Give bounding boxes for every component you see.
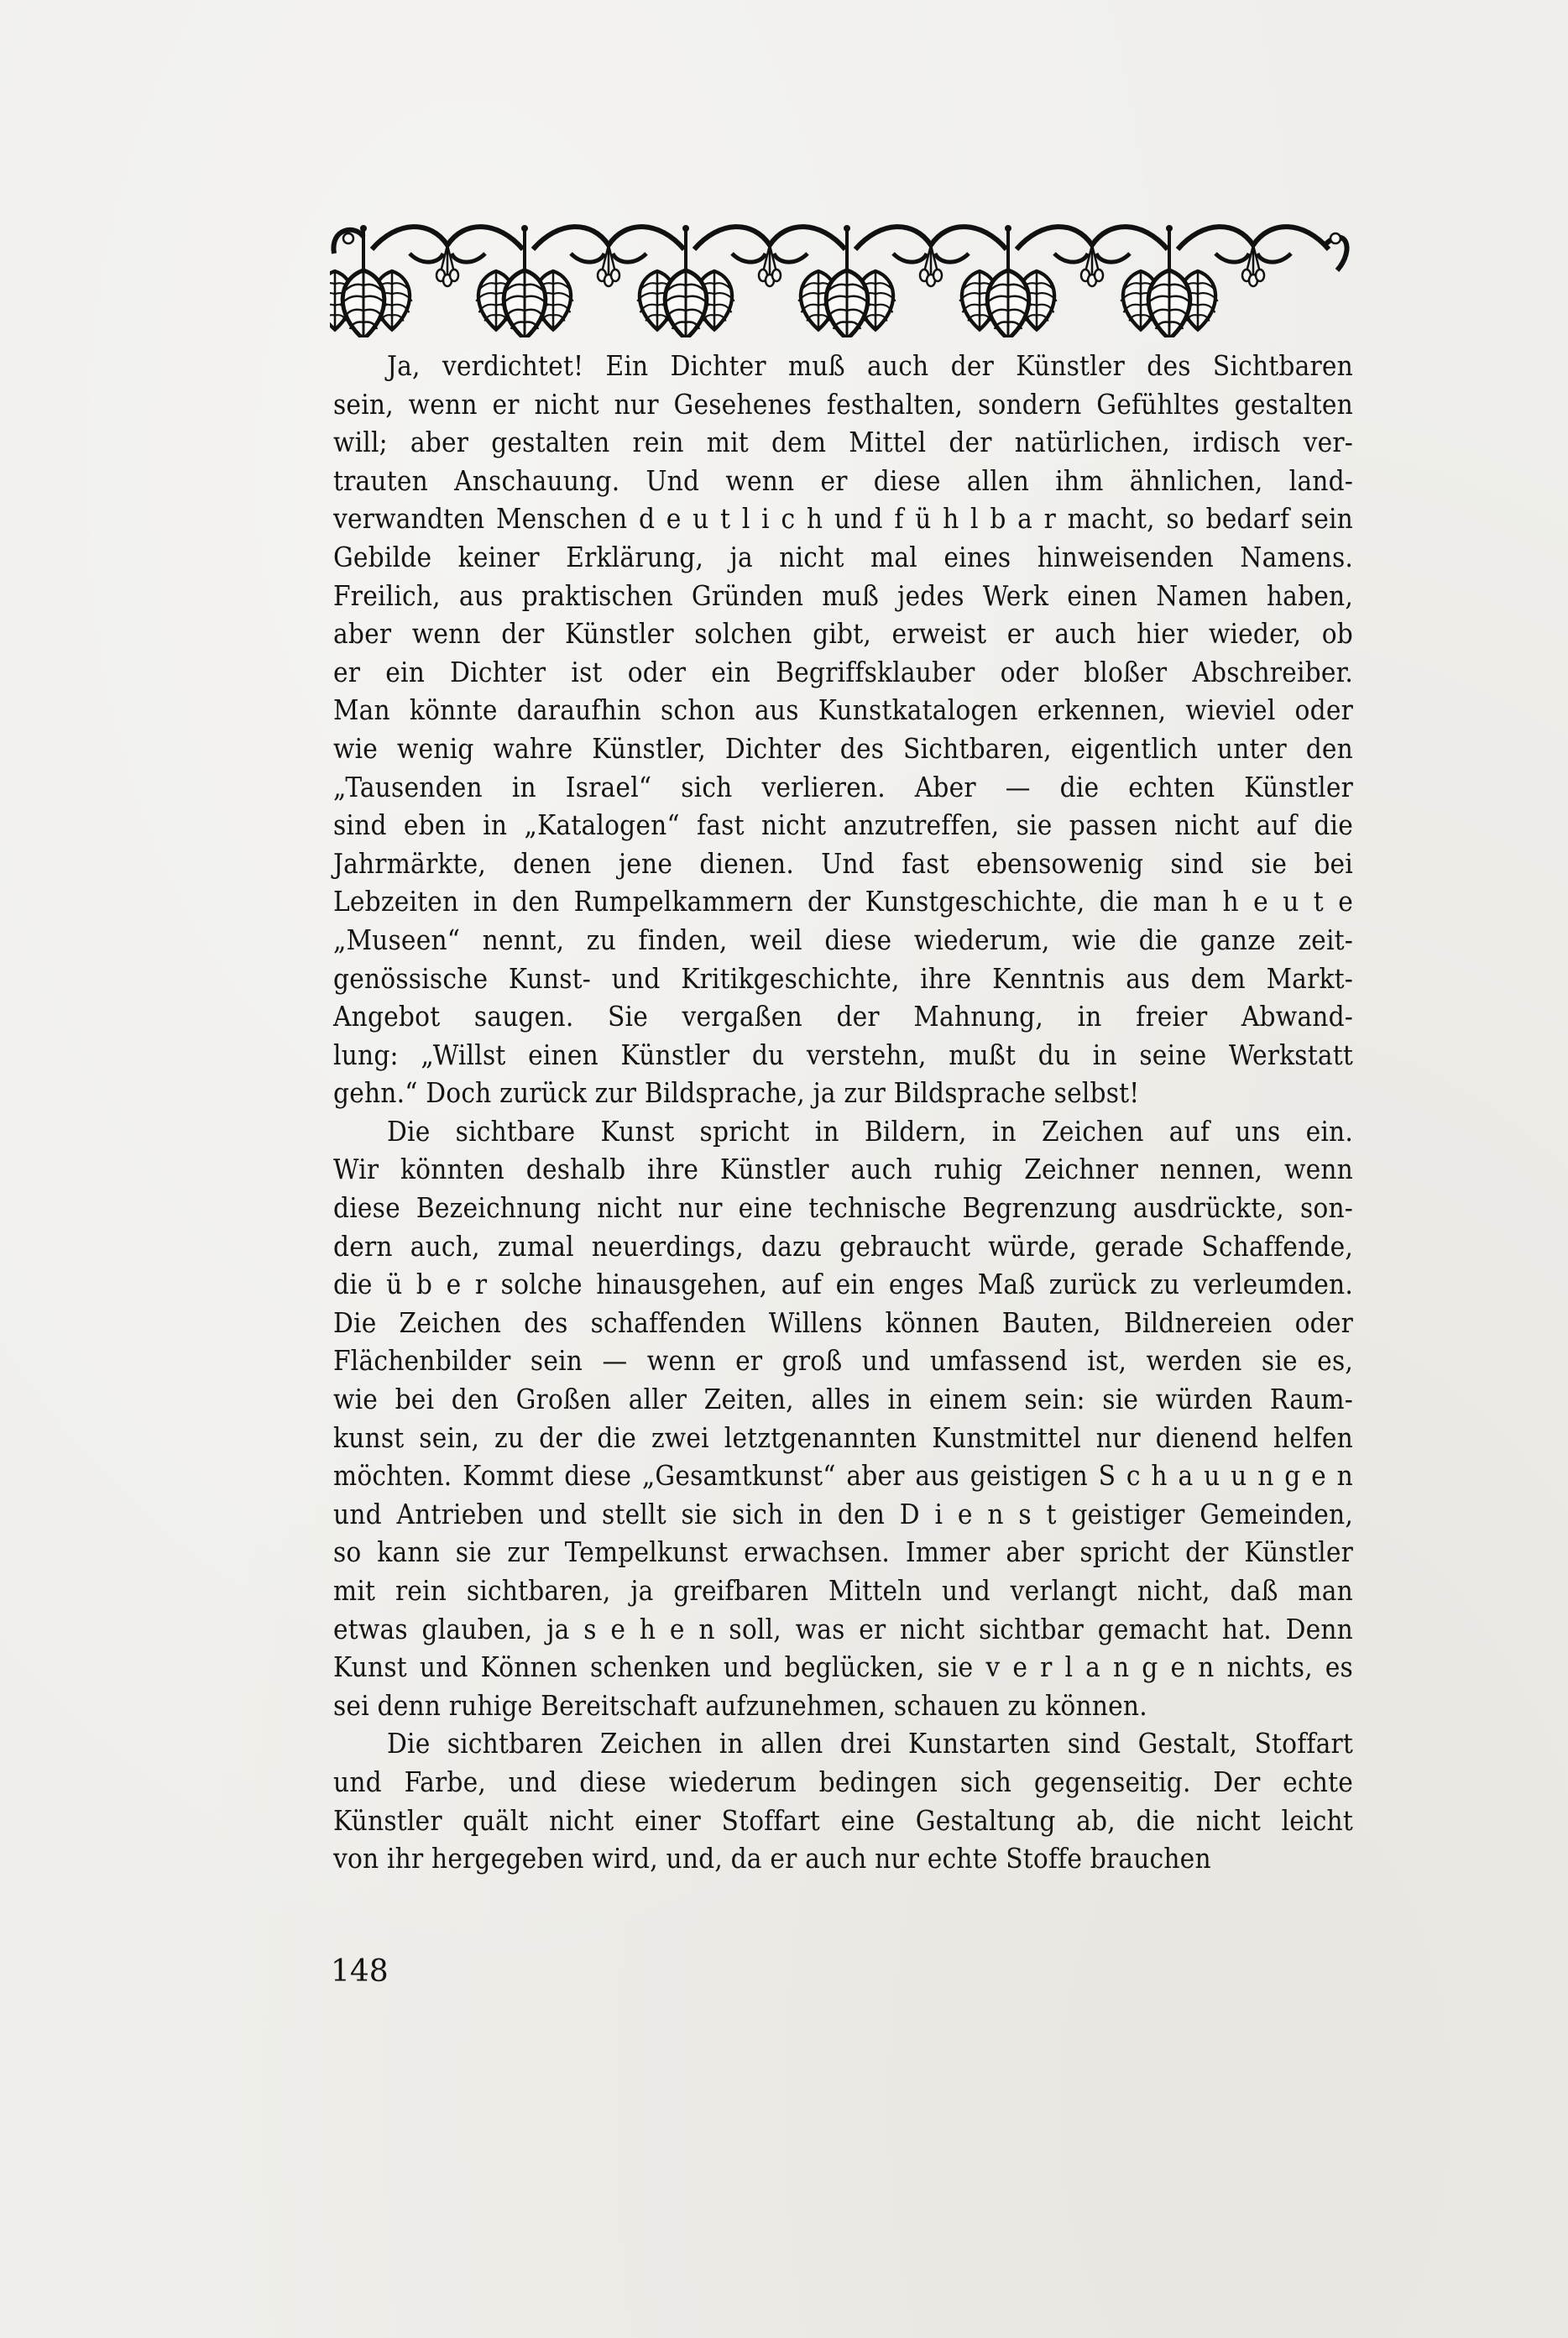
text-line: er ein Dichter ist oder ein Begriffsklau… xyxy=(333,653,1353,692)
text-line: wie bei den Großen aller Zeiten, alles i… xyxy=(333,1380,1353,1419)
paragraph: Die sichtbare Kunst spricht in Bildern, … xyxy=(333,1112,1353,1725)
text-line-content: und Farbe, und diese wiederum bedingen s… xyxy=(333,1763,1353,1802)
text-line: sei denn ruhige Bereitschaft aufzunehmen… xyxy=(333,1687,1353,1725)
paragraph: Die sichtbaren Zeichen in allen drei Kun… xyxy=(333,1724,1353,1877)
text-line-content: sind eben in „Katalogen“ fast nicht anzu… xyxy=(333,806,1353,845)
text-line: Die sichtbaren Zeichen in allen drei Kun… xyxy=(333,1724,1353,1763)
text-line-content: Künstler quält nicht einer Stoffart eine… xyxy=(333,1802,1353,1840)
text-line-content: er ein Dichter ist oder ein Begriffsklau… xyxy=(333,653,1353,692)
text-line: Gebilde keiner Erklärung, ja nicht mal e… xyxy=(333,538,1353,577)
text-line-content: Gebilde keiner Erklärung, ja nicht mal e… xyxy=(333,538,1353,577)
text-line-content: trauten Anschauung. Und wenn er diese al… xyxy=(333,462,1353,500)
text-line: lung: „Willst einen Künstler du verstehn… xyxy=(333,1036,1353,1075)
text-line: Die Zeichen des schaffenden Willens könn… xyxy=(333,1304,1353,1342)
text-line: von ihr hergegeben wird, und, da er auch… xyxy=(333,1839,1353,1878)
text-line-content: will; aber gestalten rein mit dem Mittel… xyxy=(333,423,1353,462)
text-line-content: sei denn ruhige Bereitschaft aufzunehmen… xyxy=(333,1687,1353,1725)
text-line-content: Wir könnten deshalb ihre Künstler auch r… xyxy=(333,1150,1353,1189)
text-line: gehn.“ Doch zurück zur Bildsprache, ja z… xyxy=(333,1074,1353,1112)
text-line-content: Die sichtbaren Zeichen in allen drei Kun… xyxy=(333,1724,1353,1763)
text-line: und Farbe, und diese wiederum bedingen s… xyxy=(333,1763,1353,1802)
text-line: Angebot saugen. Sie vergaßen der Mahnung… xyxy=(333,997,1353,1036)
text-line-content: die ü b e r solche hinausgehen, auf ein … xyxy=(333,1265,1353,1304)
text-line: „Tausenden in Israel“ sich verlieren. Ab… xyxy=(333,768,1353,807)
text-line-content: möchten. Kommt diese „Gesamtkunst“ aber … xyxy=(333,1457,1353,1495)
text-line: diese Bezeichnung nicht nur eine technis… xyxy=(333,1189,1353,1227)
text-line-content: diese Bezeichnung nicht nur eine technis… xyxy=(333,1189,1353,1227)
text-line: wie wenig wahre Künstler, Dichter des Si… xyxy=(333,730,1353,768)
text-line-content: „Museen“ nennt, zu finden, weil diese wi… xyxy=(333,921,1353,960)
text-line-content: aber wenn der Künstler solchen gibt, erw… xyxy=(333,615,1353,653)
text-line-content: kunst sein, zu der die zwei letztgenannt… xyxy=(333,1419,1353,1457)
text-line-content: Lebzeiten in den Rumpelkammern der Kunst… xyxy=(333,882,1353,921)
text-line-content: gehn.“ Doch zurück zur Bildsprache, ja z… xyxy=(333,1074,1353,1112)
text-line: so kann sie zur Tempelkunst erwachsen. I… xyxy=(333,1533,1353,1572)
linden-leaf-border-icon xyxy=(330,220,1358,337)
text-line-content: wie bei den Großen aller Zeiten, alles i… xyxy=(333,1380,1353,1419)
text-line: dern auch, zumal neuerdings, dazu gebrau… xyxy=(333,1227,1353,1266)
text-line: möchten. Kommt diese „Gesamtkunst“ aber … xyxy=(333,1457,1353,1495)
text-line-content: mit rein sichtbaren, ja greifbaren Mitte… xyxy=(333,1572,1353,1610)
text-line-content: genössische Kunst- und Kritikgeschichte,… xyxy=(333,960,1353,998)
text-line-content: verwandten Menschen d e u t l i c h und … xyxy=(333,500,1353,538)
text-line: Freilich, aus praktischen Gründen muß je… xyxy=(333,577,1353,615)
text-line-content: etwas glauben, ja s e h e n soll, was er… xyxy=(333,1610,1353,1649)
text-line: Künstler quält nicht einer Stoffart eine… xyxy=(333,1802,1353,1840)
text-line: Wir könnten deshalb ihre Künstler auch r… xyxy=(333,1150,1353,1189)
text-line: sein, wenn er nicht nur Gesehenes festha… xyxy=(333,385,1353,424)
text-line-content: Ja, verdichtet! Ein Dichter muß auch der… xyxy=(333,347,1353,385)
text-line: aber wenn der Künstler solchen gibt, erw… xyxy=(333,615,1353,653)
text-line: will; aber gestalten rein mit dem Mittel… xyxy=(333,423,1353,462)
text-line-content: Jahrmärkte, denen jene dienen. Und fast … xyxy=(333,845,1353,883)
body-text: Ja, verdichtet! Ein Dichter muß auch der… xyxy=(333,347,1353,1878)
page-number: 148 xyxy=(331,1954,389,1990)
text-line: Flächenbilder sein — wenn er groß und um… xyxy=(333,1342,1353,1380)
text-line: kunst sein, zu der die zwei letztgenannt… xyxy=(333,1419,1353,1457)
text-line: genössische Kunst- und Kritikgeschichte,… xyxy=(333,960,1353,998)
text-line: „Museen“ nennt, zu finden, weil diese wi… xyxy=(333,921,1353,960)
text-line: Die sichtbare Kunst spricht in Bildern, … xyxy=(333,1112,1353,1151)
text-line: trauten Anschauung. Und wenn er diese al… xyxy=(333,462,1353,500)
text-line: Lebzeiten in den Rumpelkammern der Kunst… xyxy=(333,882,1353,921)
text-line-content: sein, wenn er nicht nur Gesehenes festha… xyxy=(333,385,1353,424)
text-line-content: so kann sie zur Tempelkunst erwachsen. I… xyxy=(333,1533,1353,1572)
text-line-content: von ihr hergegeben wird, und, da er auch… xyxy=(333,1839,1353,1878)
text-line-content: Die sichtbare Kunst spricht in Bildern, … xyxy=(333,1112,1353,1151)
text-line-content: Man könnte daraufhin schon aus Kunstkata… xyxy=(333,691,1353,730)
text-line-content: Kunst und Können schenken und beglücken,… xyxy=(333,1648,1353,1687)
text-line-content: „Tausenden in Israel“ sich verlieren. Ab… xyxy=(333,768,1353,807)
text-line-content: wie wenig wahre Künstler, Dichter des Si… xyxy=(333,730,1353,768)
text-line: Ja, verdichtet! Ein Dichter muß auch der… xyxy=(333,347,1353,385)
text-line-content: lung: „Willst einen Künstler du verstehn… xyxy=(333,1036,1353,1075)
text-line-content: Die Zeichen des schaffenden Willens könn… xyxy=(333,1304,1353,1342)
text-line: Jahrmärkte, denen jene dienen. Und fast … xyxy=(333,845,1353,883)
text-line-content: und Antrieben und stellt sie sich in den… xyxy=(333,1495,1353,1534)
text-line: die ü b e r solche hinausgehen, auf ein … xyxy=(333,1265,1353,1304)
text-line-content: Freilich, aus praktischen Gründen muß je… xyxy=(333,577,1353,615)
book-page: Ja, verdichtet! Ein Dichter muß auch der… xyxy=(0,0,1568,2338)
text-line: Man könnte daraufhin schon aus Kunstkata… xyxy=(333,691,1353,730)
paragraph: Ja, verdichtet! Ein Dichter muß auch der… xyxy=(333,347,1353,1112)
text-line: mit rein sichtbaren, ja greifbaren Mitte… xyxy=(333,1572,1353,1610)
text-line: Kunst und Können schenken und beglücken,… xyxy=(333,1648,1353,1687)
text-line: etwas glauben, ja s e h e n soll, was er… xyxy=(333,1610,1353,1649)
text-line-content: Flächenbilder sein — wenn er groß und um… xyxy=(333,1342,1353,1380)
text-line: verwandten Menschen d e u t l i c h und … xyxy=(333,500,1353,538)
text-line: und Antrieben und stellt sie sich in den… xyxy=(333,1495,1353,1534)
text-line-content: Angebot saugen. Sie vergaßen der Mahnung… xyxy=(333,997,1353,1036)
text-line-content: dern auch, zumal neuerdings, dazu gebrau… xyxy=(333,1227,1353,1266)
text-line: sind eben in „Katalogen“ fast nicht anzu… xyxy=(333,806,1353,845)
